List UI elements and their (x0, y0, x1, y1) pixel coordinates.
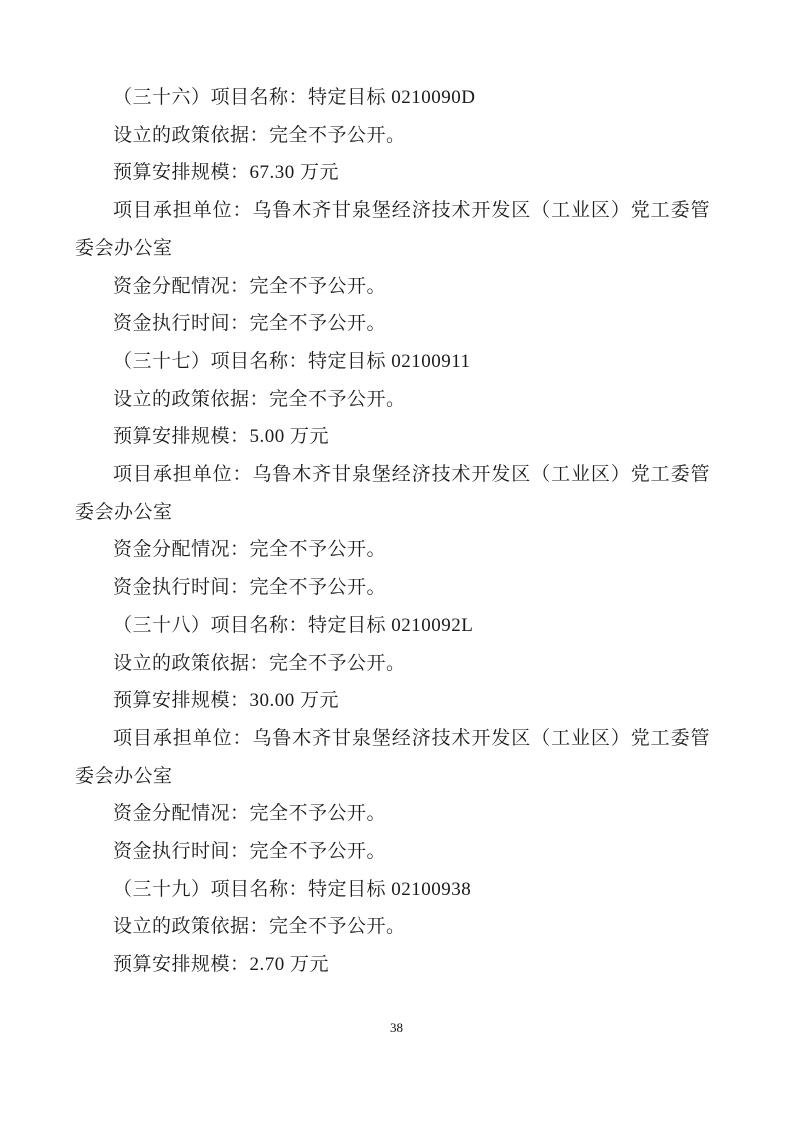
project-section-36: （三十六）项目名称：特定目标 0210090D 设立的政策依据：完全不予公开。 … (75, 79, 710, 343)
budget-scale-line: 预算安排规模：5.00 万元 (75, 418, 710, 456)
undertaking-unit-line: 项目承担单位：乌鲁木齐甘泉堡经济技术开发区（工业区）党工委管委会办公室 (75, 192, 710, 267)
project-title: （三十八）项目名称：特定目标 0210092L (75, 607, 710, 645)
policy-basis-line: 设立的政策依据：完全不予公开。 (75, 117, 710, 155)
project-title: （三十七）项目名称：特定目标 02100911 (75, 343, 710, 381)
undertaking-unit-line: 项目承担单位：乌鲁木齐甘泉堡经济技术开发区（工业区）党工委管委会办公室 (75, 720, 710, 795)
fund-allocation-line: 资金分配情况：完全不予公开。 (75, 795, 710, 833)
project-section-39: （三十九）项目名称：特定目标 02100938 设立的政策依据：完全不予公开。 … (75, 871, 710, 984)
fund-allocation-line: 资金分配情况：完全不予公开。 (75, 268, 710, 306)
policy-basis-line: 设立的政策依据：完全不予公开。 (75, 908, 710, 946)
fund-allocation-line: 资金分配情况：完全不予公开。 (75, 531, 710, 569)
policy-basis-line: 设立的政策依据：完全不予公开。 (75, 645, 710, 683)
document-page: （三十六）项目名称：特定目标 0210090D 设立的政策依据：完全不予公开。 … (75, 79, 710, 1122)
project-section-38: （三十八）项目名称：特定目标 0210092L 设立的政策依据：完全不予公开。 … (75, 607, 710, 871)
page-number: 38 (0, 1020, 793, 1036)
fund-execution-line: 资金执行时间：完全不予公开。 (75, 833, 710, 871)
budget-scale-line: 预算安排规模：2.70 万元 (75, 946, 710, 984)
project-section-37: （三十七）项目名称：特定目标 02100911 设立的政策依据：完全不予公开。 … (75, 343, 710, 607)
undertaking-unit-line: 项目承担单位：乌鲁木齐甘泉堡经济技术开发区（工业区）党工委管委会办公室 (75, 456, 710, 531)
project-title: （三十六）项目名称：特定目标 0210090D (75, 79, 710, 117)
fund-execution-line: 资金执行时间：完全不予公开。 (75, 569, 710, 607)
policy-basis-line: 设立的政策依据：完全不予公开。 (75, 381, 710, 419)
budget-scale-line: 预算安排规模：67.30 万元 (75, 154, 710, 192)
fund-execution-line: 资金执行时间：完全不予公开。 (75, 305, 710, 343)
budget-scale-line: 预算安排规模：30.00 万元 (75, 682, 710, 720)
project-title: （三十九）项目名称：特定目标 02100938 (75, 871, 710, 909)
